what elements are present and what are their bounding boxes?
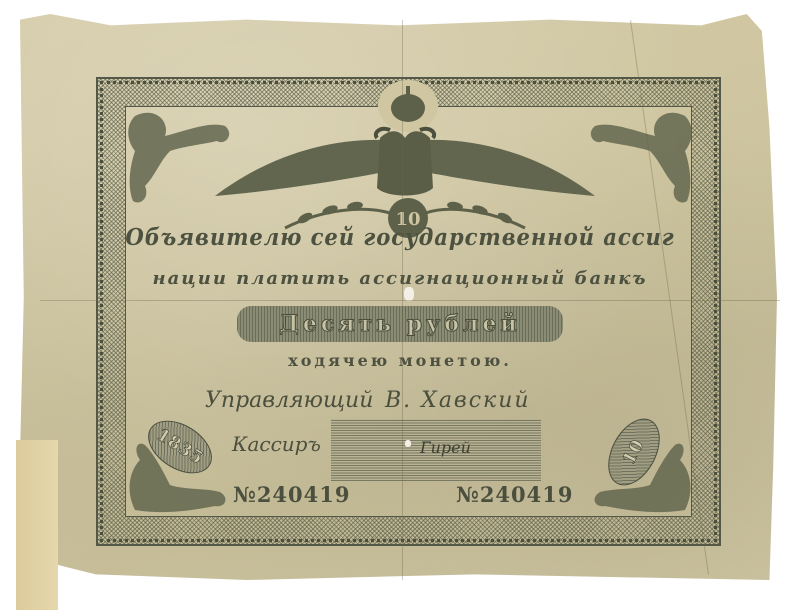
denomination-band: Десять рублей [237, 306, 563, 342]
second-line: нации платить ассигнационный банкъ [0, 268, 800, 289]
cashier-signature: Гирей [420, 438, 471, 457]
corner-denomination-text: 10 [619, 436, 649, 468]
serial-number-right: №240419 [456, 482, 574, 507]
paper-hole [405, 440, 411, 447]
paper-hole [404, 287, 414, 301]
header-line: Объявителю сей государственной ассиг [32, 224, 768, 251]
cashier-label: Кассиръ [232, 432, 321, 456]
serial-number-left: №240419 [233, 482, 351, 507]
double-headed-eagle-emblem: 10 [205, 78, 605, 238]
torn-paper-edge [16, 440, 58, 610]
denomination-text: Десять рублей [279, 311, 520, 337]
manager-signature: В. Хавский [385, 388, 531, 413]
manager-label: Управляющий [205, 388, 373, 413]
currency-line: ходячею монетою. [0, 351, 800, 370]
